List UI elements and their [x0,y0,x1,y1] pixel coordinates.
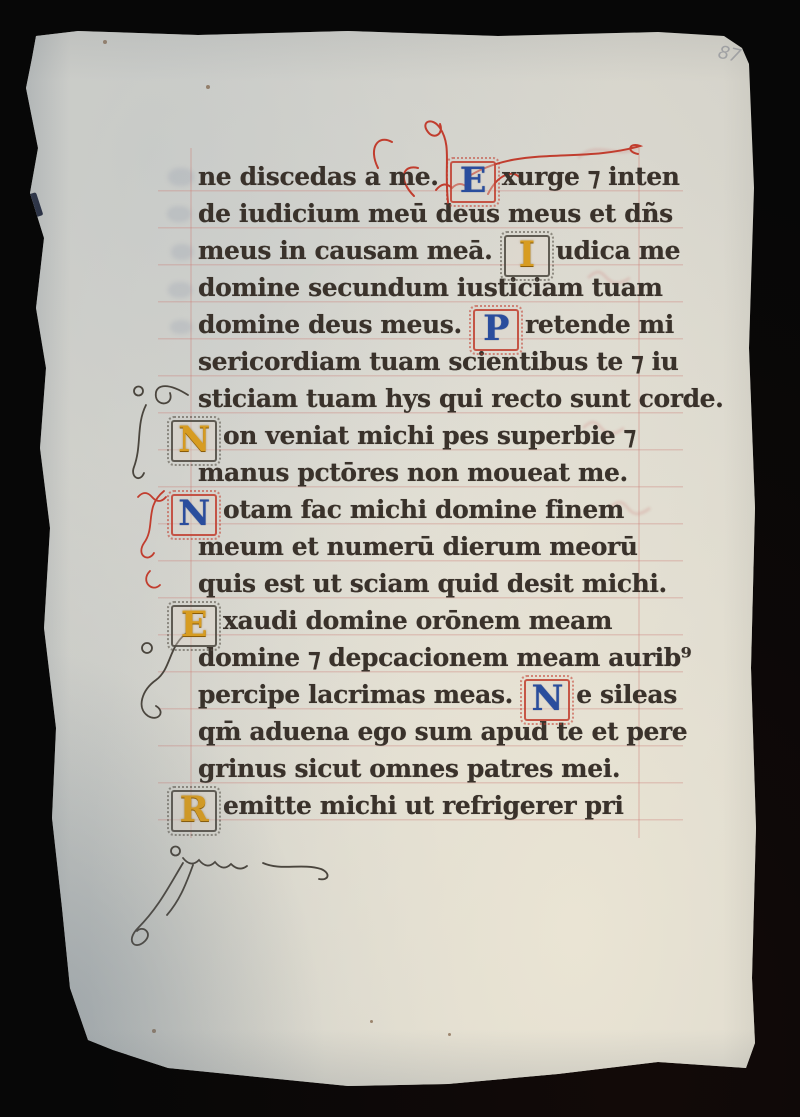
line-text: grinus sicut omnes patres mei. [198,754,620,783]
line-text: otam fac michi domine finem [223,495,624,524]
line-text: quis est ut sciam quid desit michi. [198,569,667,598]
manuscript-line: qm̄ aduena ego sum apud te et pere [168,713,728,750]
illuminated-initial-n: N [524,679,570,721]
stain-speck [206,85,210,89]
manuscript-line: grinus sicut omnes patres mei. [168,750,728,787]
manuscript-line: Notam fac michi domine finem [168,491,728,528]
manuscript-line: domine secundum iusticiam tuam [168,269,728,306]
line-text: retende mi [525,310,674,339]
manuscript-line: domine ⁊ depcacionem meam aurib⁹ [168,639,728,676]
line-text: de iudicium meū deus meus et dñs [198,199,673,228]
manuscript-line: domine deus meus. Pretende mi [168,306,728,343]
line-text: xaudi domine orōnem meam [223,606,612,635]
line-text: percipe lacrimas meas. [198,680,521,709]
stain-speck [103,40,107,44]
line-text: on veniat michi pes superbie ⁊ [223,421,636,450]
line-text: udica me [556,236,680,265]
manuscript-line: meus in causam meā. Iudica me [168,232,728,269]
manuscript-line: manus pctōres non moueat me. [168,454,728,491]
line-text: manus pctōres non moueat me. [198,458,628,487]
line-text: meus in causam meā. [198,236,501,265]
line-text: sericordiam tuam scientibus te ⁊ iu [198,347,678,376]
manuscript-line: percipe lacrimas meas. Ne sileas [168,676,728,713]
manuscript-line: Non veniat michi pes superbie ⁊ [168,417,728,454]
line-text: ne discedas a me. [198,162,447,191]
manuscript-leaf: 87 [18,28,760,1093]
line-text: sticiam tuam hys qui recto sunt corde. [198,384,723,413]
stain-speck [370,1020,373,1023]
illuminated-initial-e: E [171,605,217,647]
line-text: e sileas [576,680,677,709]
line-text: qm̄ aduena ego sum apud te et pere [198,717,687,746]
manuscript-line: meum et numerū dierum meorū [168,528,728,565]
stain-speck [448,1033,451,1036]
illuminated-initial-n: N [171,420,217,462]
illuminated-initial-n: N [171,494,217,536]
manuscript-line: Exaudi domine orōnem meam [168,602,728,639]
line-text: meum et numerū dierum meorū [198,532,638,561]
manuscript-line: sericordiam tuam scientibus te ⁊ iu [168,343,728,380]
line-text: domine secundum iusticiam tuam [198,273,663,302]
line-text: domine deus meus. [198,310,470,339]
line-text: emitte michi ut refrigerer pri [223,791,624,820]
manuscript-line: sticiam tuam hys qui recto sunt corde. [168,380,728,417]
illuminated-initial-r: R [171,790,217,832]
manuscript-line: ne discedas a me. Exurge ⁊ inten [168,158,728,195]
line-text: xurge ⁊ inten [502,162,680,191]
stain-speck [152,1029,156,1033]
illuminated-initial-p: P [473,309,519,351]
manuscript-line: de iudicium meū deus meus et dñs [168,195,728,232]
text-block: ne discedas a me. Exurge ⁊ intende iudic… [168,158,728,824]
illuminated-initial-e: E [450,161,496,203]
manuscript-line: quis est ut sciam quid desit michi. [168,565,728,602]
line-text: domine ⁊ depcacionem meam aurib⁹ [198,643,691,672]
illuminated-initial-i: I [504,235,550,277]
manuscript-line: Remitte michi ut refrigerer pri [168,787,728,824]
